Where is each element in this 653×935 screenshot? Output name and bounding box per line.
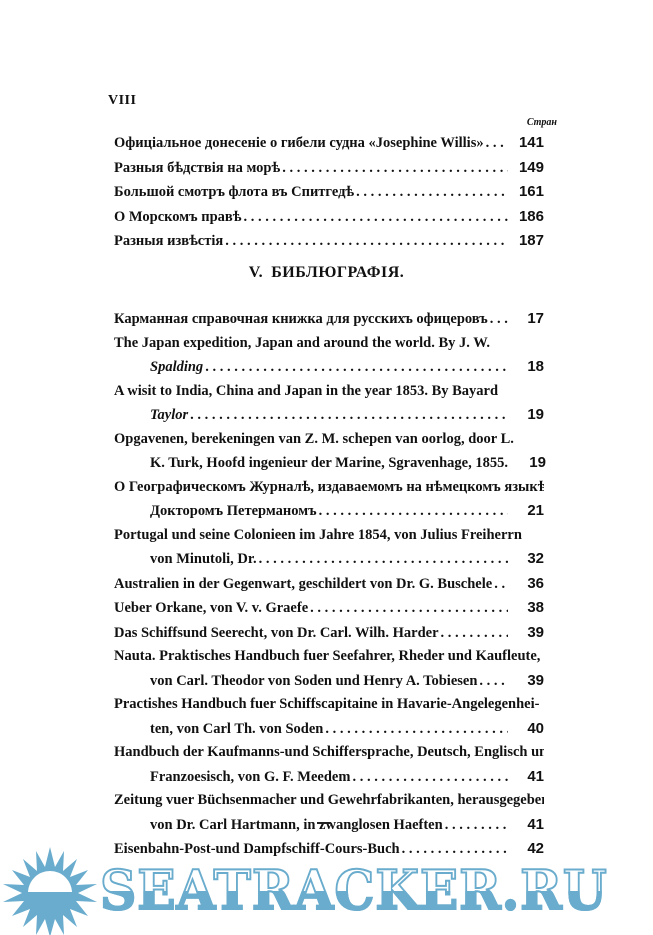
bibliography-entry: Australien in der Gegenwart, geschildert… [114,572,544,597]
leader-dots [479,670,508,694]
entry-page: 19 [516,451,546,475]
entry-title: Ueber Orkane, von V. v. Graefe [114,597,308,621]
entry-title: Handbuch der Kaufmanns-und Schiffersprac… [114,741,544,765]
entry-page: 40 [514,717,544,741]
bibliography-entry: Ueber Orkane, von V. v. Graefe38 [114,596,544,621]
seatracker-watermark: SEATRACKER.RU [0,845,653,935]
bibliography-entry: A wisit to India, China and Japan in the… [114,380,544,428]
entry-title-continued: von Dr. Carl Hartmann, in zwanglosen Hae… [150,814,443,838]
toc-entry: О Морскомъ правѣ186 [114,205,544,230]
footer-dash [317,822,331,824]
entry-title-continued: Taylor [150,404,188,428]
entry-title: Zeitung vuer Büchsenmacher und Gewehrfab… [114,789,544,813]
entry-title: Portugal und seine Colonieen im Jahre 18… [114,524,522,548]
entry-title: Nauta. Praktisches Handbuch fuer Seefahr… [114,645,540,669]
leader-dots [325,718,508,742]
entry-page: 149 [514,156,544,180]
section-title: БИБЛЮГРАФІЯ. [271,264,404,281]
leader-dots [190,404,508,428]
leader-dots [352,766,508,790]
entry-title-continued: Spalding [150,356,203,380]
leader-dots [356,181,508,205]
leader-dots [486,132,508,156]
leader-dots [445,814,508,838]
entry-page: 39 [514,621,544,645]
entry-page: 141 [514,131,544,155]
entry-page: 19 [514,403,544,427]
entry-title-continued: von Carl. Theodor von Soden und Henry A.… [150,670,477,694]
entry-page: 32 [514,547,544,571]
watermark-text: SEATRACKER.RU [100,863,608,917]
entry-title: Practishes Handbuch fuer Schiffscapitain… [114,693,539,717]
leader-dots [490,308,508,332]
entry-page: 186 [514,205,544,229]
sun-over-sea-icon [2,845,102,935]
entry-title-continued: von Minutoli, Dr. [150,548,257,572]
leader-dots [494,573,508,597]
entry-page: 18 [514,355,544,379]
entry-title-continued: Докторомъ Петерманомъ [150,500,317,524]
section-heading: V.БИБЛЮГРАФІЯ. [0,264,653,282]
entry-page: 38 [514,596,544,620]
bibliography-entry: Nauta. Praktisches Handbuch fuer Seefahr… [114,645,544,693]
entry-title: A wisit to India, China and Japan in the… [114,380,498,404]
entry-title: О Географическомъ Журналѣ, издаваемомъ н… [114,476,544,500]
leader-dots [259,548,508,572]
entry-title: Карманная справочная книжка для русскихъ… [114,308,488,332]
entry-page: 187 [514,229,544,253]
entry-title: Das Schiffsund Seerecht, von Dr. Carl. W… [114,622,439,646]
toc-entry: Разныя извѣстія187 [114,229,544,254]
page-number: VIII [108,93,136,109]
entry-title-continued: K. Turk, Hoofd ingenieur der Marine, Sgr… [150,452,508,476]
toc-entry: Офиціальное донесеніе о гибели судна «Jo… [114,131,544,156]
leader-dots [282,157,508,181]
entry-title: Большой смотръ флота въ Спитгедѣ [114,181,354,205]
leader-dots [310,597,508,621]
entry-title: Australien in der Gegenwart, geschildert… [114,573,492,597]
bibliography-entry: Handbuch der Kaufmanns-und Schiffersprac… [114,741,544,789]
entry-title: Разныя бѣдствія на морѣ [114,157,280,181]
leader-dots [319,500,508,524]
section-number: V. [249,264,264,281]
leader-dots [441,622,508,646]
bibliography-entry: Zeitung vuer Büchsenmacher und Gewehrfab… [114,789,544,837]
entry-page: 161 [514,180,544,204]
leader-dots [243,206,508,230]
entry-page: 41 [514,813,544,837]
entry-title: Разныя извѣстія [114,230,223,254]
bibliography-entry: Opgavenen, berekeningen van Z. M. schepe… [114,428,544,476]
entry-title: Офиціальное донесеніе о гибели судна «Jo… [114,132,484,156]
entry-page: 36 [514,572,544,596]
entry-page: 39 [514,669,544,693]
bibliography-entry: О Географическомъ Журналѣ, издаваемомъ н… [114,476,544,524]
bibliography-entry: Practishes Handbuch fuer Schiffscapitain… [114,693,544,741]
entry-title: О Морскомъ правѣ [114,206,241,230]
entry-page: 17 [514,307,544,331]
toc-entry: Разныя бѣдствія на морѣ149 [114,156,544,181]
toc-entry: Большой смотръ флота въ Спитгедѣ161 [114,180,544,205]
entry-title-continued: ten, von Carl Th. von Soden [150,718,323,742]
entry-page: 41 [514,765,544,789]
page-column-header: Стран [527,117,557,128]
bibliography-list: Карманная справочная книжка для русскихъ… [114,307,544,862]
leader-dots [225,230,508,254]
bibliography-entry: The Japan expedition, Japan and around t… [114,332,544,380]
bibliography-entry: Das Schiffsund Seerecht, von Dr. Carl. W… [114,621,544,646]
leader-dots [205,356,508,380]
entry-title-continued: Franzoesisch, von G. F. Meedem [150,766,350,790]
bibliography-entry: Portugal und seine Colonieen im Jahre 18… [114,524,544,572]
entry-title: Opgavenen, berekeningen van Z. M. schepe… [114,428,514,452]
bibliography-entry: Карманная справочная книжка для русскихъ… [114,307,544,332]
toc-top-list: Офиціальное донесеніе о гибели судна «Jo… [114,131,544,254]
entry-title: The Japan expedition, Japan and around t… [114,332,490,356]
entry-page: 21 [514,499,544,523]
